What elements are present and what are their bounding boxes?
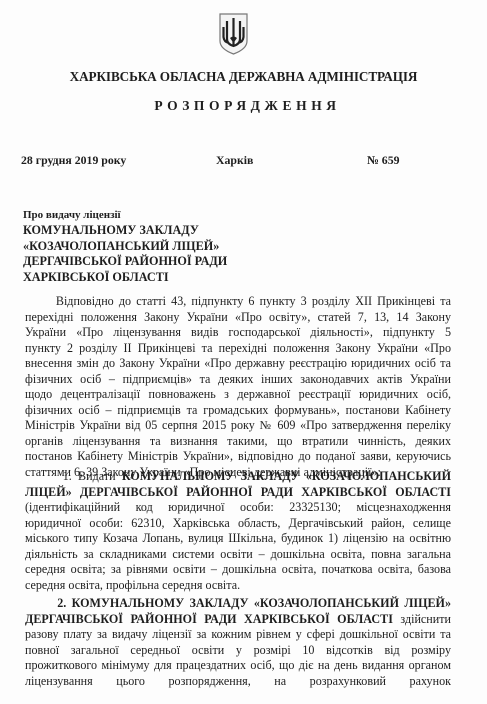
- text-line: Міністрів України від 05 серпня 2015 рок…: [25, 418, 451, 434]
- item-1-paragraph: 1. Видати КОМУНАЛЬНОМУ ЗАКЛАДУ «КОЗАЧОЛО…: [25, 469, 451, 593]
- subject-line: КОМУНАЛЬНОМУ ЗАКЛАДУ: [23, 223, 227, 238]
- subject-line: ХАРКІВСЬКОЇ ОБЛАСТІ: [23, 270, 227, 285]
- text-line: України «Про ліцензування видів господар…: [25, 325, 451, 341]
- document-city: Харків: [216, 153, 253, 168]
- item-1-lead: 1. Видати: [25, 469, 116, 483]
- document-page: ХАРКІВСЬКА ОБЛАСНА ДЕРЖАВНА АДМІНІСТРАЦІ…: [0, 0, 487, 704]
- text-line: фізичних осіб – підприємців» та деяких і…: [25, 372, 451, 388]
- text-line: постанов Кабінету Міністрів України», ві…: [25, 449, 451, 465]
- subject-line: «КОЗАЧОЛОПАНСЬКИЙ ЛІЦЕЙ»: [23, 239, 227, 254]
- text-line: щодо децентралізації повноважень з держа…: [25, 387, 451, 403]
- subject-line: ДЕРГАЧІВСЬКОЇ РАЙОННОЇ РАДИ: [23, 254, 227, 269]
- text-line: (ідентифікаційний код юридичної особи: 2…: [25, 500, 451, 516]
- institution-name: ДЕРГАЧІВСЬКОЇ РАЙОННОЇ РАДИ ХАРКІВСЬКОЇ …: [25, 612, 393, 626]
- document-number: № 659: [367, 153, 400, 168]
- institution-name: КОМУНАЛЬНОМУ ЗАКЛАДУ «КОЗАЧОЛОПАНСЬКИЙ: [122, 469, 451, 483]
- text-line: середня освіта, профільна середня освіта…: [25, 578, 451, 594]
- text-line: міського типу Козача Лопань, вулиця Шкіл…: [25, 531, 451, 547]
- text-line: фізичних осіб – підприємців та громадськ…: [25, 403, 451, 419]
- subject-line: Про видачу ліцензії: [23, 208, 227, 223]
- document-date: 28 грудня 2019 року: [21, 153, 126, 168]
- document-subject: Про видачу ліцензії КОМУНАЛЬНОМУ ЗАКЛАДУ…: [23, 208, 227, 285]
- text-line: середня освіта; за рівнями освіти – дошк…: [25, 562, 451, 578]
- text-line: ЛІЦЕЙ» ДЕРГАЧІВСЬКОЇ РАЙОННОЇ РАДИ ХАРКІ…: [25, 485, 451, 501]
- text-line: ДЕРГАЧІВСЬКОЇ РАЙОННОЇ РАДИ ХАРКІВСЬКОЇ …: [25, 612, 451, 628]
- text-line: внесення змін до Закону України «Про дер…: [25, 356, 451, 372]
- text-line: 2. КОМУНАЛЬНОМУ ЗАКЛАДУ «КОЗАЧОЛОПАНСЬКИ…: [25, 596, 451, 612]
- preamble-paragraph: Відповідно до статті 43, підпункту 6 пун…: [25, 294, 451, 481]
- document-type: РОЗПОРЯДЖЕННЯ: [0, 98, 487, 114]
- coat-of-arms-icon: [218, 13, 249, 55]
- organization-name: ХАРКІВСЬКА ОБЛАСНА ДЕРЖАВНА АДМІНІСТРАЦІ…: [0, 69, 487, 85]
- text-fragment: здійснити: [393, 612, 451, 626]
- text-line: пункту 2 розділу II Прикінцеві та перехі…: [25, 341, 451, 357]
- text-line: прожиткового мінімуму для працездатних о…: [25, 658, 451, 674]
- text-line: юридичної особи: 62310, Харківська облас…: [25, 516, 451, 532]
- text-line: Відповідно до статті 43, підпункту 6 пун…: [25, 294, 451, 310]
- text-line: перехідні положення Закону України «Про …: [25, 310, 451, 326]
- text-line: ліцензування цього розпорядження, на роз…: [25, 674, 451, 690]
- text-line: органів ліцензування та визнання такими,…: [25, 434, 451, 450]
- text-line: повної загальної середньої освіти у розм…: [25, 643, 451, 659]
- text-line: 1. Видати КОМУНАЛЬНОМУ ЗАКЛАДУ «КОЗАЧОЛО…: [25, 469, 451, 485]
- item-2-paragraph: 2. КОМУНАЛЬНОМУ ЗАКЛАДУ «КОЗАЧОЛОПАНСЬКИ…: [25, 596, 451, 689]
- text-line: разову плату за видачу ліцензії за кожни…: [25, 627, 451, 643]
- text-line: діяльність за складниками системи освіти…: [25, 547, 451, 563]
